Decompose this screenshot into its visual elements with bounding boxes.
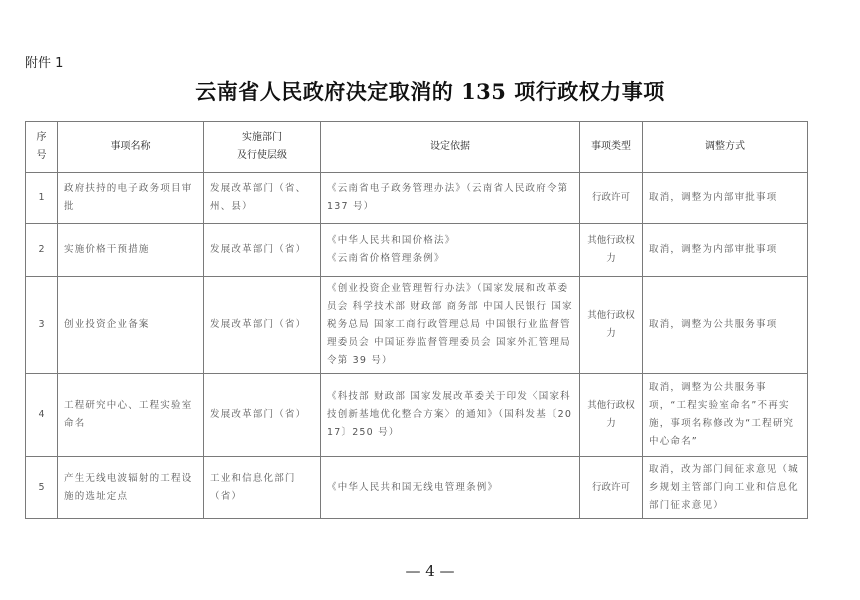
table-row: 1 政府扶持的电子政务项目审批 发展改革部门（省、州、县） 《云南省电子政务管理… <box>26 173 808 224</box>
cell-basis: 《中华人民共和国价格法》 《云南省价格管理条例》 <box>321 224 580 277</box>
header-text: 及行使层级 <box>210 147 314 165</box>
header-text: 序 <box>32 129 51 147</box>
cell-type: 行政许可 <box>580 457 643 519</box>
cell-adjustment: 取消，调整为内部审批事项 <box>643 224 808 277</box>
cell-type: 其他行政权力 <box>580 374 643 457</box>
cell-type: 其他行政权力 <box>580 277 643 374</box>
cell-adjustment: 取消，改为部门间征求意见（城乡规划主管部门向工业和信息化部门征求意见） <box>643 457 808 519</box>
cell-dept: 发展改革部门（省、州、县） <box>204 173 321 224</box>
cell-dept: 发展改革部门（省） <box>204 277 321 374</box>
cell-dept: 工业和信息化部门（省） <box>204 457 321 519</box>
header-text: 实施部门 <box>210 129 314 147</box>
table-row: 5 产生无线电波辐射的工程设施的选址定点 工业和信息化部门（省） 《中华人民共和… <box>26 457 808 519</box>
cell-num: 3 <box>26 277 58 374</box>
header-text: 调整方式 <box>649 138 801 156</box>
column-header-name: 事项名称 <box>58 122 204 173</box>
cell-basis: 《科技部 财政部 国家发展改革委关于印发〈国家科技创新基地优化整合方案〉的通知》… <box>321 374 580 457</box>
column-header-num: 序 号 <box>26 122 58 173</box>
table-row: 4 工程研究中心、工程实验室命名 发展改革部门（省） 《科技部 财政部 国家发展… <box>26 374 808 457</box>
cell-adjustment: 取消，调整为内部审批事项 <box>643 173 808 224</box>
column-header-dept: 实施部门 及行使层级 <box>204 122 321 173</box>
table-header-row: 序 号 事项名称 实施部门 及行使层级 设定依据 事项类型 调整方式 <box>26 122 808 173</box>
cell-num: 1 <box>26 173 58 224</box>
column-header-basis: 设定依据 <box>321 122 580 173</box>
cell-num: 2 <box>26 224 58 277</box>
cell-name: 实施价格干预措施 <box>58 224 204 277</box>
cell-name: 工程研究中心、工程实验室命名 <box>58 374 204 457</box>
cell-name: 政府扶持的电子政务项目审批 <box>58 173 204 224</box>
cell-adjustment: 取消，调整为公共服务事项 <box>643 277 808 374</box>
page-number: — 4 — <box>0 562 860 580</box>
cell-dept: 发展改革部门（省） <box>204 374 321 457</box>
table-row: 3 创业投资企业备案 发展改革部门（省） 《创业投资企业管理暂行办法》（国家发展… <box>26 277 808 374</box>
header-text: 号 <box>32 147 51 165</box>
column-header-adjustment: 调整方式 <box>643 122 808 173</box>
cell-name: 创业投资企业备案 <box>58 277 204 374</box>
cell-num: 4 <box>26 374 58 457</box>
cell-num: 5 <box>26 457 58 519</box>
cell-dept: 发展改革部门（省） <box>204 224 321 277</box>
header-text: 事项类型 <box>586 138 636 156</box>
cell-type: 行政许可 <box>580 173 643 224</box>
header-text: 事项名称 <box>64 138 197 156</box>
page-title: 云南省人民政府决定取消的 135 项行政权力事项 <box>0 76 860 106</box>
column-header-type: 事项类型 <box>580 122 643 173</box>
cell-name: 产生无线电波辐射的工程设施的选址定点 <box>58 457 204 519</box>
cell-type: 其他行政权力 <box>580 224 643 277</box>
cell-basis: 《中华人民共和国无线电管理条例》 <box>321 457 580 519</box>
cell-adjustment: 取消，调整为公共服务事项，“工程实验室命名”不再实施，事项名称修改为“工程研究中… <box>643 374 808 457</box>
cell-basis: 《云南省电子政务管理办法》（云南省人民政府令第 137 号） <box>321 173 580 224</box>
attachment-label: 附件 1 <box>25 52 63 71</box>
header-text: 设定依据 <box>327 138 573 156</box>
cell-basis: 《创业投资企业管理暂行办法》（国家发展和改革委员会 科学技术部 财政部 商务部 … <box>321 277 580 374</box>
power-items-table: 序 号 事项名称 实施部门 及行使层级 设定依据 事项类型 调整方式 1 政府 <box>25 121 808 519</box>
table-row: 2 实施价格干预措施 发展改革部门（省） 《中华人民共和国价格法》 《云南省价格… <box>26 224 808 277</box>
